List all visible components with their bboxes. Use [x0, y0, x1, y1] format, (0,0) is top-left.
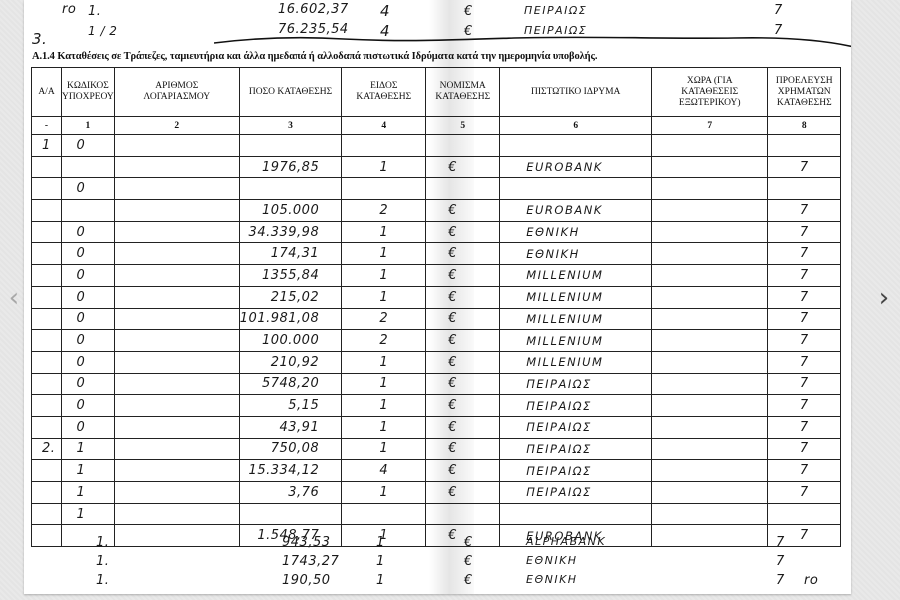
cell-obligor-code: 0 — [62, 286, 115, 308]
cell-funds-source: 7 — [768, 460, 841, 482]
cell-aa — [32, 351, 62, 373]
table-row: 0 101.981,08 2 € MILLENIUM 7 — [32, 308, 841, 330]
cell-country — [652, 438, 768, 460]
cell-deposit-type: 1 — [342, 395, 426, 417]
col-number: 1 — [62, 117, 115, 135]
cell-deposit-type: 2 — [342, 200, 426, 222]
deposits-table: Α/Α ΚΩΔΙΚΟΣ ΥΠΟΧΡΕΟΥ ΑΡΙΘΜΟΣ ΛΟΓΑΡΙΑΣΜΟΥ… — [31, 67, 841, 547]
table-row: 1 0 — [32, 135, 841, 157]
entry-bank: ΕΘΝΙΚΗ — [526, 573, 578, 586]
entry-currency: € — [464, 535, 473, 550]
cell-funds-source: 7 — [768, 200, 841, 222]
cell-deposit-amount: 3,76 — [239, 482, 341, 504]
cell-currency: € — [426, 243, 500, 265]
cell-deposit-type: 2 — [342, 330, 426, 352]
table-row: 0 174,31 1 € ΕΘΝΙΚΗ 7 — [32, 243, 841, 265]
cell-obligor-code: 0 — [62, 330, 115, 352]
continued-entries: ro 1. 16.602,37 4 € ΠΕΙΡΑΙΩΣ 7 3. 1 / 2 … — [24, 0, 851, 48]
col-header-country: ΧΩΡΑ (ΓΙΑ ΚΑΤΑΘΕΣΕΙΣ ΕΞΩΤΕΡΙΚΟΥ) — [652, 68, 768, 117]
cell-country — [652, 200, 768, 222]
cell-account-number — [114, 330, 239, 352]
cell-funds-source: 7 — [768, 308, 841, 330]
cell-deposit-type: 1 — [342, 351, 426, 373]
col-number: 4 — [342, 117, 426, 135]
cell-funds-source: 7 — [768, 416, 841, 438]
cell-account-number — [114, 265, 239, 287]
cell-account-number — [114, 416, 239, 438]
cell-deposit-amount: 1355,84 — [239, 265, 341, 287]
cell-institution: MILLENIUM — [500, 308, 652, 330]
cell-account-number — [114, 351, 239, 373]
col-number: 8 — [768, 117, 841, 135]
table-row: 0 100.000 2 € MILLENIUM 7 — [32, 330, 841, 352]
cell-obligor-code — [62, 156, 115, 178]
cell-institution: ΠΕΙΡΑΙΩΣ — [500, 460, 652, 482]
cell-institution: ΠΕΙΡΑΙΩΣ — [500, 373, 652, 395]
entry-source: 7 — [776, 535, 785, 550]
cell-deposit-type: 4 — [342, 460, 426, 482]
cell-account-number — [114, 438, 239, 460]
cell-aa — [32, 286, 62, 308]
cell-deposit-amount — [239, 135, 341, 157]
cell-obligor-code: 0 — [62, 308, 115, 330]
cell-aa: 1 — [32, 135, 62, 157]
cell-aa — [32, 395, 62, 417]
cell-country — [652, 178, 768, 200]
cell-country — [652, 395, 768, 417]
cell-deposit-type: 1 — [342, 243, 426, 265]
cell-funds-source: 7 — [768, 395, 841, 417]
cell-aa — [32, 178, 62, 200]
scanned-page: ro 1. 16.602,37 4 € ΠΕΙΡΑΙΩΣ 7 3. 1 / 2 … — [24, 0, 851, 594]
cell-institution: ΠΕΙΡΑΙΩΣ — [500, 416, 652, 438]
cell-deposit-type: 1 — [342, 221, 426, 243]
table-row: 1 15.334,12 4 € ΠΕΙΡΑΙΩΣ 7 — [32, 460, 841, 482]
cell-funds-source — [768, 178, 841, 200]
header-row: Α/Α ΚΩΔΙΚΟΣ ΥΠΟΧΡΕΟΥ ΑΡΙΘΜΟΣ ΛΟΓΑΡΙΑΣΜΟΥ… — [32, 68, 841, 117]
col-number: 7 — [652, 117, 768, 135]
table-row: 0 34.339,98 1 € ΕΘΝΙΚΗ 7 — [32, 221, 841, 243]
table-row: 0 — [32, 178, 841, 200]
section-title: A.1.4 Καταθέσεις σε Τράπεζες, ταμιευτήρι… — [32, 51, 597, 62]
cell-currency: € — [426, 221, 500, 243]
cell-institution: MILLENIUM — [500, 286, 652, 308]
entry-aa: 3. — [32, 30, 47, 48]
chevron-right-icon: › — [879, 283, 889, 313]
col-header-account-number: ΑΡΙΘΜΟΣ ΛΟΓΑΡΙΑΣΜΟΥ — [114, 68, 239, 117]
cell-currency: € — [426, 330, 500, 352]
entry-amount: 943,53 — [282, 535, 331, 550]
cell-aa — [32, 330, 62, 352]
cell-funds-source — [768, 135, 841, 157]
table-row: 0 5,15 1 € ΠΕΙΡΑΙΩΣ 7 — [32, 395, 841, 417]
cell-country — [652, 308, 768, 330]
cell-institution — [500, 135, 652, 157]
table-row: 0 1355,84 1 € MILLENIUM 7 — [32, 265, 841, 287]
table-row: 0 5748,20 1 € ΠΕΙΡΑΙΩΣ 7 — [32, 373, 841, 395]
cell-currency: € — [426, 482, 500, 504]
cell-obligor-code: 0 — [62, 221, 115, 243]
cell-country — [652, 156, 768, 178]
cell-currency: € — [426, 156, 500, 178]
cell-funds-source: 7 — [768, 373, 841, 395]
cell-funds-source: 7 — [768, 265, 841, 287]
entry-source: 7 — [776, 554, 785, 569]
handwritten-note: ro — [62, 2, 76, 17]
next-page-button[interactable]: › — [872, 280, 896, 316]
cell-currency — [426, 503, 500, 525]
cell-account-number — [114, 460, 239, 482]
entry-bank: ALPHABANK — [526, 535, 606, 548]
cell-obligor-code: 0 — [62, 265, 115, 287]
col-header-deposit-amount: ΠΟΣΟ ΚΑΤΑΘΕΣΗΣ — [239, 68, 341, 117]
cell-institution: ΠΕΙΡΑΙΩΣ — [500, 482, 652, 504]
cell-funds-source — [768, 503, 841, 525]
entry-type: 4 — [380, 2, 390, 20]
cell-country — [652, 286, 768, 308]
col-number: 5 — [426, 117, 500, 135]
cell-aa — [32, 373, 62, 395]
entry-amount: 16.602,37 — [278, 2, 349, 17]
cell-deposit-type: 1 — [342, 286, 426, 308]
table-body: 1 0 1976,85 1 € EUROBANK 7 0 105.000 2 € — [32, 135, 841, 547]
col-header-funds-source: ΠΡΟΕΛΕΥΣΗ ΧΡΗΜΑΤΩΝ ΚΑΤΑΘΕΣΗΣ — [768, 68, 841, 117]
cell-deposit-type: 1 — [342, 156, 426, 178]
cell-account-number — [114, 200, 239, 222]
table-row: 1976,85 1 € EUROBANK 7 — [32, 156, 841, 178]
cell-country — [652, 135, 768, 157]
cell-obligor-code: 0 — [62, 395, 115, 417]
cell-obligor-code: 0 — [62, 416, 115, 438]
cell-account-number — [114, 308, 239, 330]
cell-account-number — [114, 373, 239, 395]
entry-currency: € — [464, 4, 473, 19]
cell-deposit-type — [342, 178, 426, 200]
entry-source: 7 — [776, 573, 785, 588]
chevron-left-icon: ‹ — [9, 283, 19, 313]
cell-account-number — [114, 135, 239, 157]
cell-obligor-code: 0 — [62, 135, 115, 157]
cell-aa — [32, 482, 62, 504]
cell-obligor-code: 0 — [62, 373, 115, 395]
cell-deposit-amount — [239, 178, 341, 200]
cell-country — [652, 416, 768, 438]
cell-aa — [32, 416, 62, 438]
cell-deposit-amount: 15.334,12 — [239, 460, 341, 482]
entry-note: ro — [804, 573, 818, 588]
cell-country — [652, 265, 768, 287]
cell-deposit-type: 1 — [342, 438, 426, 460]
entry-amount: 1743,27 — [282, 554, 339, 569]
list-item: 1.190,501€ΕΘΝΙΚΗ7ro — [24, 573, 851, 592]
table-row: 0 43,91 1 € ΠΕΙΡΑΙΩΣ 7 — [32, 416, 841, 438]
cell-obligor-code: 1 — [62, 460, 115, 482]
cell-institution: MILLENIUM — [500, 351, 652, 373]
cell-account-number — [114, 178, 239, 200]
cell-currency: € — [426, 200, 500, 222]
cell-aa — [32, 200, 62, 222]
cell-deposit-type: 1 — [342, 482, 426, 504]
cell-account-number — [114, 395, 239, 417]
cell-obligor-code — [62, 200, 115, 222]
cell-country — [652, 221, 768, 243]
cell-obligor-code: 1 — [62, 482, 115, 504]
cell-aa: 2. — [32, 438, 62, 460]
cell-aa — [32, 503, 62, 525]
cell-currency: € — [426, 373, 500, 395]
cell-currency: € — [426, 265, 500, 287]
cell-deposit-amount: 105.000 — [239, 200, 341, 222]
cell-currency: € — [426, 308, 500, 330]
cell-deposit-amount: 34.339,98 — [239, 221, 341, 243]
col-header-institution: ΠΙΣΤΩΤΙΚΟ ΙΔΡΥΜΑ — [500, 68, 652, 117]
cell-deposit-amount: 5,15 — [239, 395, 341, 417]
entry-currency: € — [464, 554, 473, 569]
cell-currency — [426, 178, 500, 200]
cell-deposit-type — [342, 503, 426, 525]
cell-aa — [32, 308, 62, 330]
cell-deposit-amount: 5748,20 — [239, 373, 341, 395]
cell-aa — [32, 265, 62, 287]
cell-deposit-amount: 43,91 — [239, 416, 341, 438]
cell-currency: € — [426, 416, 500, 438]
cell-country — [652, 373, 768, 395]
cell-deposit-type: 2 — [342, 308, 426, 330]
cell-currency: € — [426, 286, 500, 308]
cell-institution — [500, 503, 652, 525]
entry-bank: ΠΕΙΡΑΙΩΣ — [524, 4, 587, 17]
cell-funds-source: 7 — [768, 438, 841, 460]
cell-deposit-amount: 101.981,08 — [239, 308, 341, 330]
entry-code: 1. — [96, 554, 109, 569]
cell-deposit-amount: 100.000 — [239, 330, 341, 352]
cell-deposit-type: 1 — [342, 373, 426, 395]
cell-institution: ΠΕΙΡΑΙΩΣ — [500, 395, 652, 417]
cell-deposit-type: 1 — [342, 416, 426, 438]
col-header-currency: ΝΟΜΙΣΜΑ ΚΑΤΑΘΕΣΗΣ — [426, 68, 500, 117]
cell-currency: € — [426, 460, 500, 482]
entry-source: 7 — [774, 3, 783, 18]
cell-account-number — [114, 156, 239, 178]
entry-bank: ΕΘΝΙΚΗ — [526, 554, 578, 567]
cell-institution: MILLENIUM — [500, 265, 652, 287]
cell-funds-source: 7 — [768, 221, 841, 243]
cell-currency — [426, 135, 500, 157]
entry-type: 1 — [376, 535, 385, 550]
cell-currency: € — [426, 351, 500, 373]
cell-deposit-amount — [239, 503, 341, 525]
entry-amount: 190,50 — [282, 573, 331, 588]
col-header-deposit-type: ΕΙΔΟΣ ΚΑΤΑΘΕΣΗΣ — [342, 68, 426, 117]
entries-below-table: 1.943,531€ALPHABANK71.1743,271€ΕΘΝΙΚΗ71.… — [24, 535, 851, 592]
entry-currency: € — [464, 573, 473, 588]
cell-country — [652, 460, 768, 482]
cell-institution: MILLENIUM — [500, 330, 652, 352]
cell-obligor-code: 0 — [62, 243, 115, 265]
entry-code: 1. — [96, 535, 109, 550]
col-number: 2 — [114, 117, 239, 135]
cell-country — [652, 482, 768, 504]
entry-type: 1 — [376, 554, 385, 569]
cell-account-number — [114, 243, 239, 265]
cell-institution — [500, 178, 652, 200]
cell-funds-source: 7 — [768, 156, 841, 178]
table-row: 105.000 2 € EUROBANK 7 — [32, 200, 841, 222]
col-header-obligor-code: ΚΩΔΙΚΟΣ ΥΠΟΧΡΕΟΥ — [62, 68, 115, 117]
entry-code: 1. — [88, 4, 101, 19]
cell-country — [652, 330, 768, 352]
col-number: 6 — [500, 117, 652, 135]
table-row: 0 215,02 1 € MILLENIUM 7 — [32, 286, 841, 308]
table-row: 1 — [32, 503, 841, 525]
cell-deposit-type: 1 — [342, 265, 426, 287]
cell-aa — [32, 243, 62, 265]
col-header-aa: Α/Α — [32, 68, 62, 117]
cell-funds-source: 7 — [768, 330, 841, 352]
cell-institution: EUROBANK — [500, 200, 652, 222]
cell-funds-source: 7 — [768, 482, 841, 504]
previous-page-button[interactable]: ‹ — [2, 280, 26, 316]
cell-account-number — [114, 482, 239, 504]
document-viewer: ‹ › ro 1. 16.602,37 4 € ΠΕΙΡΑΙΩΣ 7 3. 1 … — [0, 0, 900, 600]
cell-country — [652, 503, 768, 525]
cell-obligor-code: 1 — [62, 503, 115, 525]
table-row: 0 210,92 1 € MILLENIUM 7 — [32, 351, 841, 373]
cell-obligor-code: 0 — [62, 351, 115, 373]
cell-institution: ΕΘΝΙΚΗ — [500, 243, 652, 265]
cell-funds-source: 7 — [768, 286, 841, 308]
cell-funds-source: 7 — [768, 243, 841, 265]
table-row: 2. 1 750,08 1 € ΠΕΙΡΑΙΩΣ 7 — [32, 438, 841, 460]
list-item: 1.943,531€ALPHABANK7 — [24, 535, 851, 554]
cell-institution: EUROBANK — [500, 156, 652, 178]
cell-deposit-amount: 215,02 — [239, 286, 341, 308]
col-number: 3 — [239, 117, 341, 135]
entry-code: 1 / 2 — [88, 24, 117, 38]
cell-currency: € — [426, 395, 500, 417]
cell-aa — [32, 460, 62, 482]
cell-deposit-amount: 210,92 — [239, 351, 341, 373]
cell-deposit-type — [342, 135, 426, 157]
cell-aa — [32, 221, 62, 243]
column-number-row: - 1 2 3 4 5 6 7 8 — [32, 117, 841, 135]
cell-institution: ΠΕΙΡΑΙΩΣ — [500, 438, 652, 460]
cell-deposit-amount: 1976,85 — [239, 156, 341, 178]
list-item: 1.1743,271€ΕΘΝΙΚΗ7 — [24, 554, 851, 573]
cell-obligor-code: 1 — [62, 438, 115, 460]
cell-aa — [32, 156, 62, 178]
cell-country — [652, 243, 768, 265]
cell-deposit-amount: 174,31 — [239, 243, 341, 265]
cell-institution: ΕΘΝΙΚΗ — [500, 221, 652, 243]
cell-deposit-amount: 750,08 — [239, 438, 341, 460]
entry-type: 1 — [376, 573, 385, 588]
entry-code: 1. — [96, 573, 109, 588]
handwritten-underline — [214, 30, 851, 48]
cell-country — [652, 351, 768, 373]
cell-funds-source: 7 — [768, 351, 841, 373]
cell-currency: € — [426, 438, 500, 460]
cell-account-number — [114, 503, 239, 525]
table-row: 1 3,76 1 € ΠΕΙΡΑΙΩΣ 7 — [32, 482, 841, 504]
cell-obligor-code: 0 — [62, 178, 115, 200]
col-number: - — [32, 117, 62, 135]
cell-account-number — [114, 286, 239, 308]
cell-account-number — [114, 221, 239, 243]
